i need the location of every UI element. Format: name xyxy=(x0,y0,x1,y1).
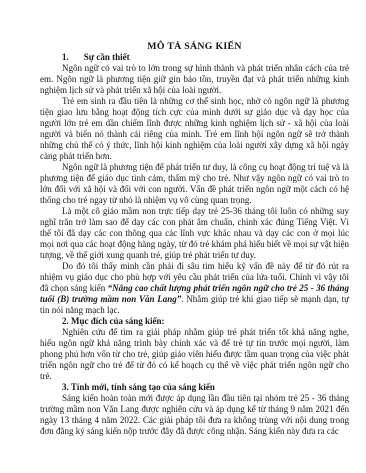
text-run: Ngôn ngữ có vai trò to lớn trong sự hình… xyxy=(40,63,349,95)
paragraph: Ngôn ngữ là phương tiện để phát triển tư… xyxy=(40,162,349,206)
text-run: Nghiên cứu để tìm ra giải pháp nhằm giúp… xyxy=(40,327,349,381)
paragraph: Nghiên cứu để tìm ra giải pháp nhằm giúp… xyxy=(40,327,349,382)
text-run: Sáng kiến hoàn toàn mới được áp dụng lần… xyxy=(40,393,349,436)
document-page: MÔ TẢ SÁNG KIẾN 1.Sự cần thiếtNgôn ngữ c… xyxy=(0,0,366,473)
section-heading: 1.Sự cần thiết xyxy=(62,52,349,63)
paragraph: Là một cô giáo mầm non trực tiếp dạy trẻ… xyxy=(40,206,349,261)
page-title: MÔ TẢ SÁNG KIẾN xyxy=(40,41,349,52)
heading-number: 2. Mục đích của sáng kiến: xyxy=(62,316,165,326)
text-run: Là một cô giáo mầm non trực tiếp dạy trẻ… xyxy=(40,206,349,260)
paragraph: Do đó tôi thấy mình cần phải đi sâu tìm … xyxy=(40,261,349,316)
section-heading: 3. Tính mới, tính sáng tạo của sáng kiến xyxy=(62,382,349,393)
section-heading: 2. Mục đích của sáng kiến: xyxy=(62,316,349,327)
paragraph: Ngôn ngữ có vai trò to lớn trong sự hình… xyxy=(40,63,349,96)
text-run: Ngôn ngữ là phương tiện để phát triển tư… xyxy=(40,162,349,205)
paragraph: Sáng kiến hoàn toàn mới được áp dụng lần… xyxy=(40,393,349,437)
heading-label: Sự cần thiết xyxy=(84,52,130,62)
document-body: 1.Sự cần thiếtNgôn ngữ có vai trò to lớn… xyxy=(40,52,349,437)
heading-number: 1. xyxy=(62,52,69,62)
text-run: Trẻ em sinh ra đầu tiên là những cơ thể … xyxy=(40,96,349,161)
paragraph: Trẻ em sinh ra đầu tiên là những cơ thể … xyxy=(40,96,349,162)
heading-number: 3. Tính mới, tính sáng tạo của sáng kiến xyxy=(62,382,215,392)
